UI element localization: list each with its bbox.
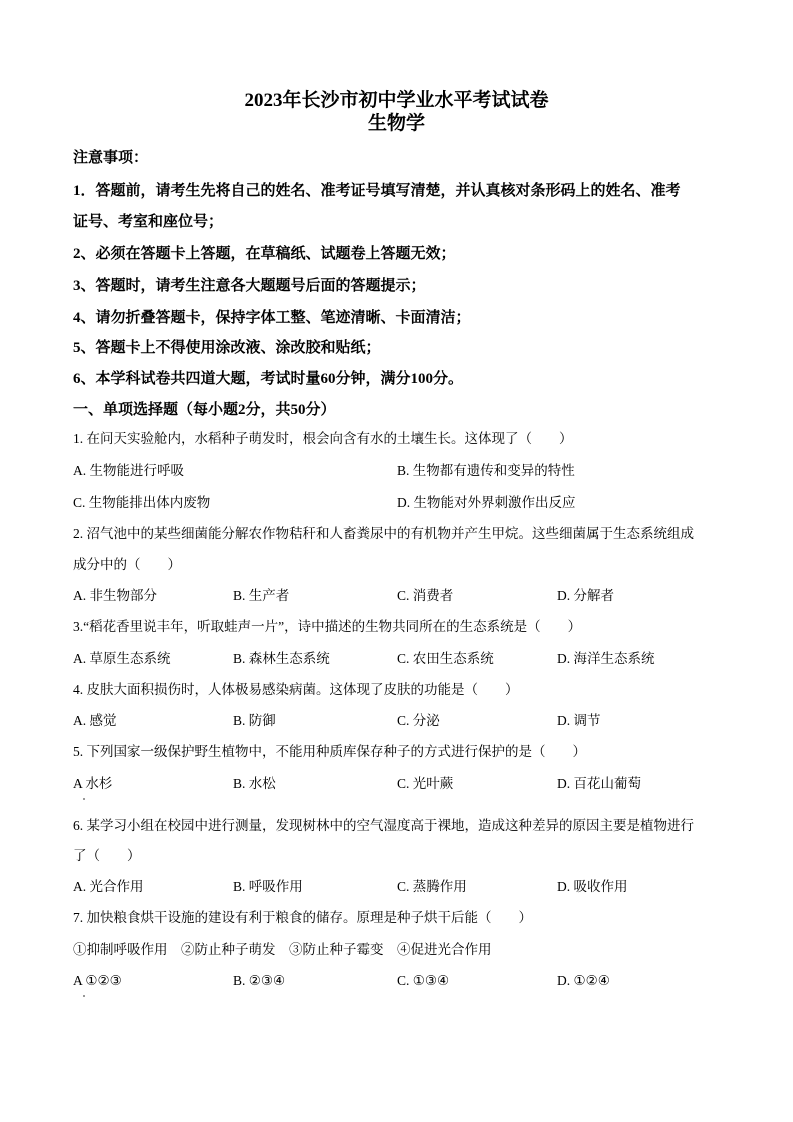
question-2-option-d: D. 分解者 <box>557 586 614 606</box>
question-1-option-c: C. 生物能排出体内废物 <box>73 493 210 513</box>
question-1-option-d: D. 生物能对外界刺激作出反应 <box>397 493 576 513</box>
question-2-stem: 2. 沼气池中的某些细菌能分解农作物秸秆和人畜粪尿中的有机物并产生甲烷。这些细菌… <box>73 524 694 544</box>
question-7-stem: 7. 加快粮食烘干设施的建设有利于粮食的储存。原理是种子烘干后能（ ） <box>73 908 532 928</box>
question-5-option-d: D. 百花山葡萄 <box>557 774 641 794</box>
question-5-stem: 5. 下列国家一级保护野生植物中，不能用种质库保存种子的方式进行保护的是（ ） <box>73 742 586 762</box>
exam-page: 2023年长沙市初中学业水平考试试卷 生物学 注意事项： 1．答题前，请考生先将… <box>0 0 793 1122</box>
subject-title: 生物学 <box>0 112 793 136</box>
question-1-stem: 1. 在问天实验舱内，水稻种子萌发时，根会向含有水的土壤生长。这体现了（ ） <box>73 429 573 449</box>
question-3-stem: 3.“稻花香里说丰年，听取蛙声一片”，诗中描述的生物共同所在的生态系统是（ ） <box>73 617 581 637</box>
question-7-option-c: C. ①③④ <box>397 971 449 991</box>
notice-heading: 注意事项： <box>73 148 148 168</box>
question-4-option-a: A. 感觉 <box>73 711 117 731</box>
question-7-option-d: D. ①②④ <box>557 971 610 991</box>
question-4-option-b: B. 防御 <box>233 711 276 731</box>
question-6-option-b: B. 呼吸作用 <box>233 877 303 897</box>
question-7-option-a: A ①②③ <box>73 971 122 991</box>
question-6-stem-cont: 了（ ） <box>73 846 141 866</box>
notice-item-2: 2、必须在答题卡上答题，在草稿纸、试题卷上答题无效； <box>73 244 456 264</box>
question-7-statements: ①抑制呼吸作用 ②防止种子萌发 ③防止种子霉变 ④促进光合作用 <box>73 940 492 960</box>
question-5-option-a: A 水杉 <box>73 774 112 794</box>
notice-item-3: 3、答题时，请考生注意各大题题号后面的答题提示； <box>73 276 426 296</box>
stray-mark <box>83 798 85 800</box>
notice-item-6: 6、本学科试卷共四道大题，考试时量60分钟，满分100分。 <box>73 369 463 389</box>
question-6-option-c: C. 蒸腾作用 <box>397 877 467 897</box>
notice-item-5: 5、答题卡上不得使用涂改液、涂改胶和贴纸； <box>73 338 381 358</box>
question-3-option-d: D. 海洋生态系统 <box>557 649 655 669</box>
question-1-option-a: A. 生物能进行呼吸 <box>73 461 184 481</box>
question-6-option-d: D. 吸收作用 <box>557 877 628 897</box>
question-6-stem: 6. 某学习小组在校园中进行测量，发现树林中的空气湿度高于裸地，造成这种差异的原… <box>73 816 694 836</box>
question-4-option-c: C. 分泌 <box>397 711 440 731</box>
notice-item-1-cont: 证号、考室和座位号； <box>73 212 223 232</box>
exam-title: 2023年长沙市初中学业水平考试试卷 <box>0 89 793 113</box>
question-5-option-c: C. 光叶蕨 <box>397 774 453 794</box>
stray-mark <box>83 995 85 997</box>
question-4-option-d: D. 调节 <box>557 711 601 731</box>
question-2-option-b: B. 生产者 <box>233 586 289 606</box>
notice-item-1: 1．答题前，请考生先将自己的姓名、准考证号填写清楚，并认真核对条形码上的姓名、准… <box>73 181 681 201</box>
question-7-option-b: B. ②③④ <box>233 971 285 991</box>
question-1-option-b: B. 生物都有遗传和变异的特性 <box>397 461 575 481</box>
question-2-stem-cont: 成分中的（ ） <box>73 555 181 575</box>
question-3-option-a: A. 草原生态系统 <box>73 649 171 669</box>
question-4-stem: 4. 皮肤大面积损伤时，人体极易感染病菌。这体现了皮肤的功能是（ ） <box>73 680 519 700</box>
question-6-option-a: A. 光合作用 <box>73 877 144 897</box>
question-3-option-c: C. 农田生态系统 <box>397 649 494 669</box>
section-heading: 一、单项选择题（每小题2分，共50分） <box>73 400 336 420</box>
question-5-option-b: B. 水松 <box>233 774 276 794</box>
question-3-option-b: B. 森林生态系统 <box>233 649 330 669</box>
question-2-option-c: C. 消费者 <box>397 586 453 606</box>
notice-item-4: 4、请勿折叠答题卡，保持字体工整、笔迹清晰、卡面清洁； <box>73 308 471 328</box>
question-2-option-a: A. 非生物部分 <box>73 586 157 606</box>
